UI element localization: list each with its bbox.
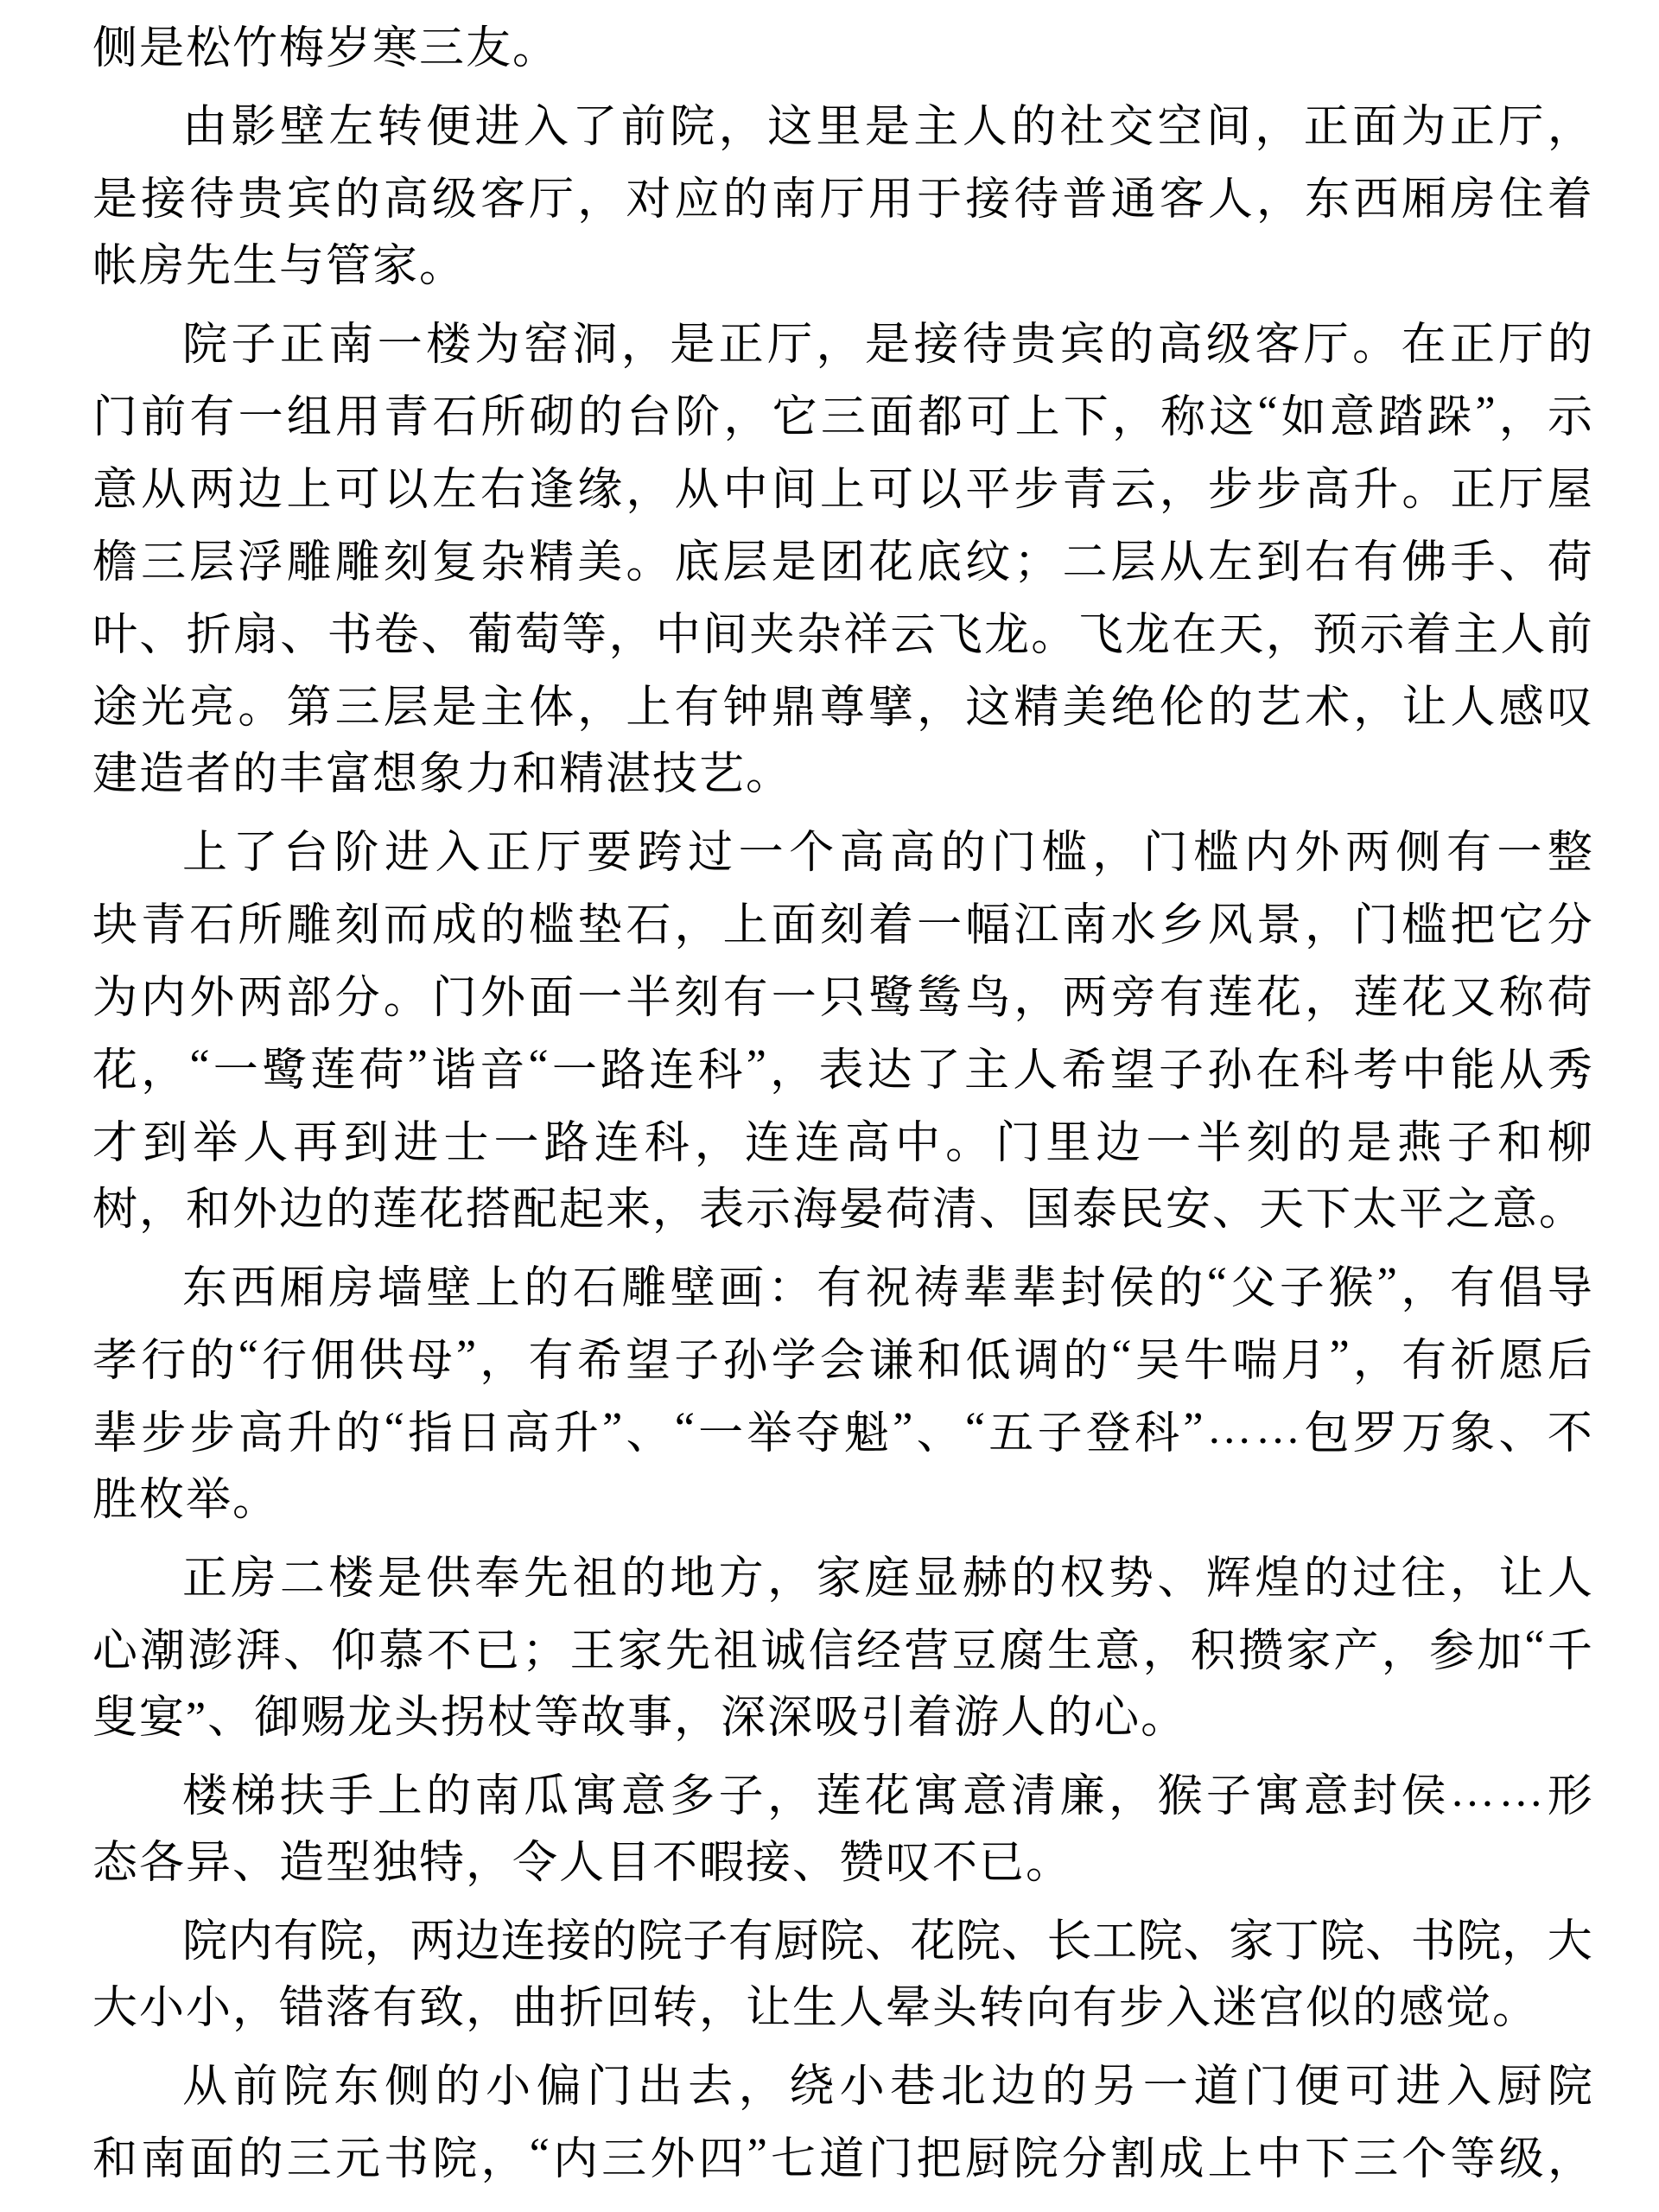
text-line: 叟宴”、御赐龙头拐杖等故事，深深吸引着游人的心。 <box>92 1682 1592 1755</box>
text-line: 楼梯扶手上的南瓜寓意多子，莲花寓意清廉，猴子寓意封侯……形 <box>92 1755 1592 1827</box>
text-line: 建造者的丰富想象力和精湛技艺。 <box>92 739 1592 811</box>
text-line: 院内有院，两边连接的院子有厨院、花院、长工院、家丁院、书院，大 <box>92 1900 1592 1973</box>
text-line: 侧是松竹梅岁寒三友。 <box>92 13 1592 86</box>
text-line: 树，和外边的莲花搭配起来，表示海晏荷清、国泰民安、天下太平之意。 <box>92 1174 1592 1247</box>
text-line: 胜枚举。 <box>92 1465 1592 1537</box>
text-line: 才到举人再到进士一路连科，连连高中。门里边一半刻的是燕子和柳 <box>92 1102 1592 1174</box>
text-line: 是接待贵宾的高级客厅，对应的南厅用于接待普通客人，东西厢房住着 <box>92 158 1592 231</box>
text-line: 上了台阶进入正厅要跨过一个高高的门槛，门槛内外两侧有一整 <box>92 811 1592 884</box>
text-line: 和南面的三元书院，“内三外四”七道门把厨院分割成上中下三个等级， <box>92 2118 1592 2190</box>
text-line: 心潮澎湃、仰慕不已；王家先祖诚信经营豆腐生意，积攒家产，参加“千 <box>92 1610 1592 1682</box>
text-line: 院子正南一楼为窑洞，是正厅，是接待贵宾的高级客厅。在正厅的 <box>92 303 1592 376</box>
text-line: 花，“一鹭莲荷”谐音“一路连科”，表达了主人希望子孙在科考中能从秀 <box>92 1029 1592 1102</box>
text-line: 孝行的“行佣供母”，有希望子孙学会谦和低调的“吴牛喘月”，有祈愿后 <box>92 1319 1592 1392</box>
document-page: 侧是松竹梅岁寒三友。 由影壁左转便进入了前院，这里是主人的社交空间，正面为正厅，… <box>0 0 1659 2212</box>
text-line: 辈步步高升的“指日高升”、“一举夺魁”、“五子登科”……包罗万象、不 <box>92 1392 1592 1465</box>
text-line: 正房二楼是供奉先祖的地方，家庭显赫的权势、辉煌的过往，让人 <box>92 1537 1592 1610</box>
text-line: 东西厢房墙壁上的石雕壁画：有祝祷辈辈封侯的“父子猴”，有倡导 <box>92 1247 1592 1319</box>
text-line: 帐房先生与管家。 <box>92 231 1592 303</box>
text-line: 从前院东侧的小偏门出去，绕小巷北边的另一道门便可进入厨院 <box>92 2045 1592 2118</box>
text-line: 态各异、造型独特，令人目不暇接、赞叹不已。 <box>92 1827 1592 1900</box>
text-line: 由影壁左转便进入了前院，这里是主人的社交空间，正面为正厅， <box>92 86 1592 158</box>
text-line: 叶、折扇、书卷、葡萄等，中间夹杂祥云飞龙。飞龙在天，预示着主人前 <box>92 594 1592 666</box>
text-line: 檐三层浮雕雕刻复杂精美。底层是团花底纹；二层从左到右有佛手、荷 <box>92 521 1592 594</box>
text-line: 意从两边上可以左右逢缘，从中间上可以平步青云，步步高升。正厅屋 <box>92 448 1592 521</box>
text-line: 大小小，错落有致，曲折回转，让生人晕头转向有步入迷宫似的感觉。 <box>92 1973 1592 2045</box>
text-line: 门前有一组用青石所砌的台阶，它三面都可上下，称这“如意踏跺”，示 <box>92 376 1592 448</box>
text-line: 块青石所雕刻而成的槛垫石，上面刻着一幅江南水乡风景，门槛把它分 <box>92 884 1592 957</box>
text-line: 途光亮。第三层是主体，上有钟鼎尊擘，这精美绝伦的艺术，让人感叹 <box>92 666 1592 739</box>
text-line: 为内外两部分。门外面一半刻有一只鹭鸶鸟，两旁有莲花，莲花又称荷 <box>92 957 1592 1029</box>
